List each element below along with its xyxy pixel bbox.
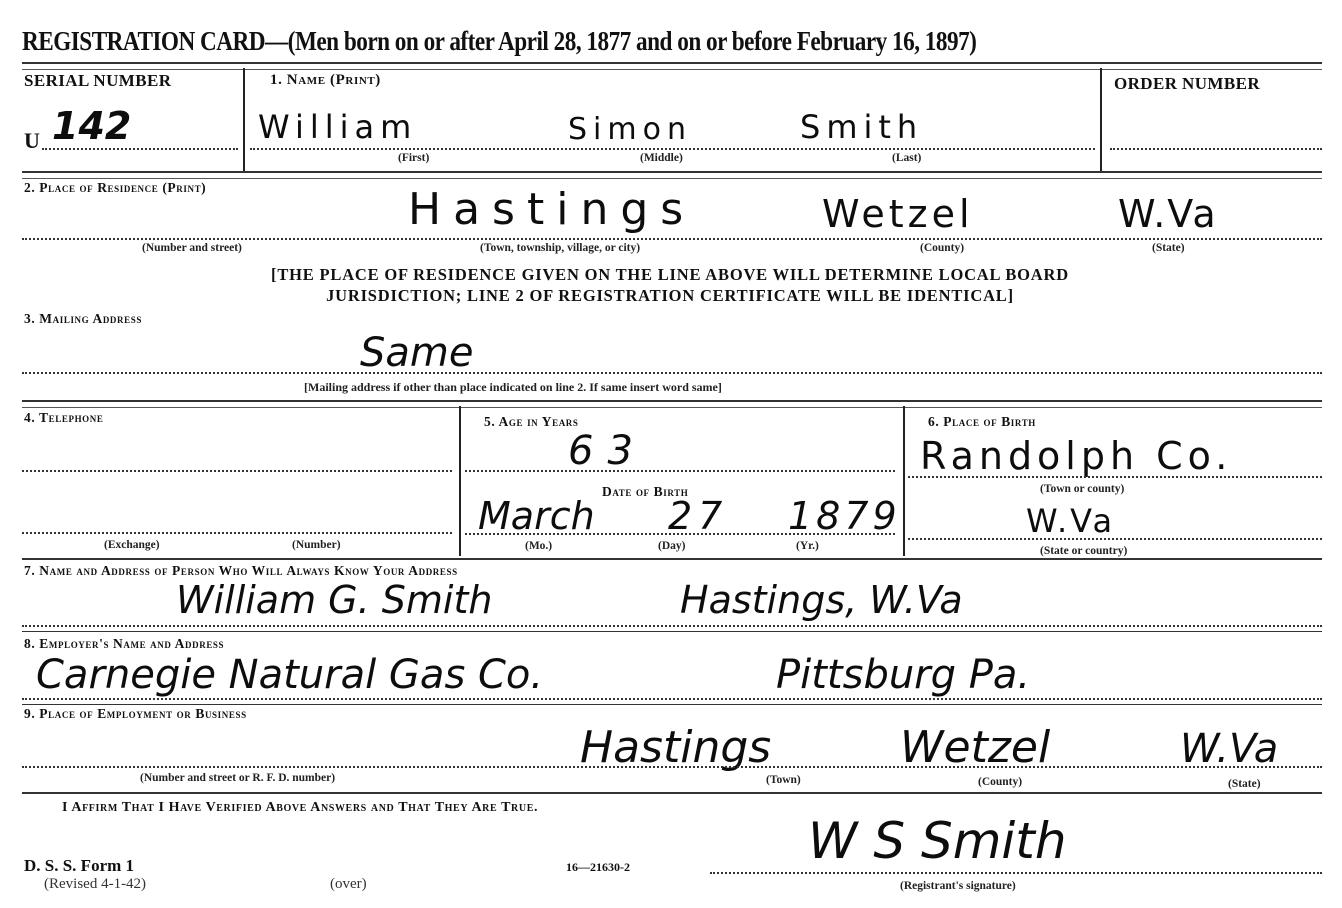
dob-line <box>465 533 895 535</box>
signature-caption: (Registrant's signature) <box>900 880 1016 892</box>
employment-county-caption: (County) <box>978 776 1022 788</box>
serial-prefix: U <box>24 128 40 154</box>
age-label: 5. Age in Years <box>484 414 579 430</box>
age-value[interactable]: 63 <box>568 428 647 474</box>
contact-line <box>22 625 1322 627</box>
affirmation-text: I Affirm That I Have Verified Above Answ… <box>62 800 538 816</box>
employment-street-caption: (Number and street or R. F. D. number) <box>140 772 335 784</box>
birth-year-value[interactable]: 1879 <box>788 494 901 538</box>
employment-town-caption: (Town) <box>766 774 801 786</box>
state-caption: (State) <box>1152 242 1185 254</box>
birth-state-line <box>908 538 1322 540</box>
mailing-address-value[interactable]: Same <box>360 330 473 376</box>
section-rule <box>22 631 1322 632</box>
residence-county-value[interactable]: Wetzel <box>822 192 974 236</box>
place-of-birth-label: 6. Place of Birth <box>928 414 1036 430</box>
street-caption: (Number and street) <box>142 242 242 254</box>
employer-line <box>22 698 1322 700</box>
form-number: D. S. S. Form 1 <box>24 856 134 876</box>
employment-state-caption: (State) <box>1228 778 1261 790</box>
residence-label: 2. Place of Residence (Print) <box>24 180 206 196</box>
section-rule <box>22 171 1322 179</box>
telephone-exchange-line[interactable] <box>22 470 452 472</box>
section-rule <box>22 558 1322 560</box>
contact-address-value[interactable]: Hastings, W.Va <box>680 578 963 622</box>
birth-town-caption: (Town or county) <box>1040 483 1124 495</box>
year-caption: (Yr.) <box>796 540 819 552</box>
employment-place-label: 9. Place of Employment or Business <box>24 706 247 722</box>
birth-town-line <box>908 476 1322 478</box>
age-line <box>465 470 895 472</box>
town-caption: (Town, township, village, or city) <box>480 242 640 254</box>
number-caption: (Number) <box>292 539 341 551</box>
employer-name-value[interactable]: Carnegie Natural Gas Co. <box>36 652 543 698</box>
divider <box>903 406 905 556</box>
jurisdiction-notice-2: JURISDICTION; LINE 2 OF REGISTRATION CER… <box>100 285 1240 306</box>
section-rule <box>22 704 1322 705</box>
serial-number-line <box>42 148 238 150</box>
birth-day-value[interactable]: 27 <box>668 494 728 538</box>
serial-number-label: SERIAL NUMBER <box>24 71 171 91</box>
divider <box>459 406 461 556</box>
section-rule <box>22 792 1322 794</box>
order-number-label: ORDER NUMBER <box>1114 74 1260 94</box>
county-caption: (County) <box>920 242 964 254</box>
first-name-value[interactable]: William <box>258 108 417 146</box>
contact-person-label: 7. Name and Address of Person Who Will A… <box>24 563 458 579</box>
contact-name-value[interactable]: William G. Smith <box>176 578 492 622</box>
section-rule <box>22 400 1322 408</box>
mailing-caption: [Mailing address if other than place ind… <box>304 380 722 395</box>
birth-state-caption: (State or country) <box>1040 545 1127 557</box>
order-number-line[interactable] <box>1110 148 1322 150</box>
mailing-line <box>22 372 1322 374</box>
birth-town-value[interactable]: Randolph Co. <box>920 434 1232 478</box>
middle-name-value[interactable]: Simon <box>568 112 692 147</box>
last-name-value[interactable]: Smith <box>800 108 923 146</box>
over-note: (over) <box>330 876 367 893</box>
residence-state-value[interactable]: W.Va <box>1118 192 1218 236</box>
mailing-address-label: 3. Mailing Address <box>24 311 142 327</box>
exchange-caption: (Exchange) <box>104 539 160 551</box>
jurisdiction-notice-1: [THE PLACE OF RESIDENCE GIVEN ON THE LIN… <box>100 264 1240 285</box>
day-caption: (Day) <box>658 540 685 552</box>
name-line <box>250 148 1095 150</box>
middle-caption: (Middle) <box>640 152 683 164</box>
serial-number-value[interactable]: 142 <box>52 104 131 148</box>
name-label: 1. Name (Print) <box>270 72 381 89</box>
title-rule <box>22 62 1322 70</box>
print-code: 16—21630-2 <box>566 860 630 875</box>
birth-state-value[interactable]: W.Va <box>1026 502 1115 540</box>
month-caption: (Mo.) <box>525 540 552 552</box>
form-revision: (Revised 4-1-42) <box>44 876 146 893</box>
last-caption: (Last) <box>892 152 921 164</box>
card-title: REGISTRATION CARD—(Men born on or after … <box>22 26 976 57</box>
residence-town-value[interactable]: Hastings <box>408 184 695 235</box>
signature-line <box>710 872 1322 874</box>
telephone-number-line[interactable] <box>22 532 452 534</box>
signature-value[interactable]: W S Smith <box>808 812 1067 870</box>
divider <box>1100 68 1102 172</box>
telephone-label: 4. Telephone <box>24 410 103 426</box>
divider <box>243 68 245 172</box>
birth-month-value[interactable]: March <box>478 494 595 538</box>
first-caption: (First) <box>398 152 429 164</box>
residence-line <box>22 238 1322 240</box>
employment-line <box>22 766 1322 768</box>
employer-address-value[interactable]: Pittsburg Pa. <box>776 652 1030 698</box>
employer-label: 8. Employer's Name and Address <box>24 636 224 652</box>
